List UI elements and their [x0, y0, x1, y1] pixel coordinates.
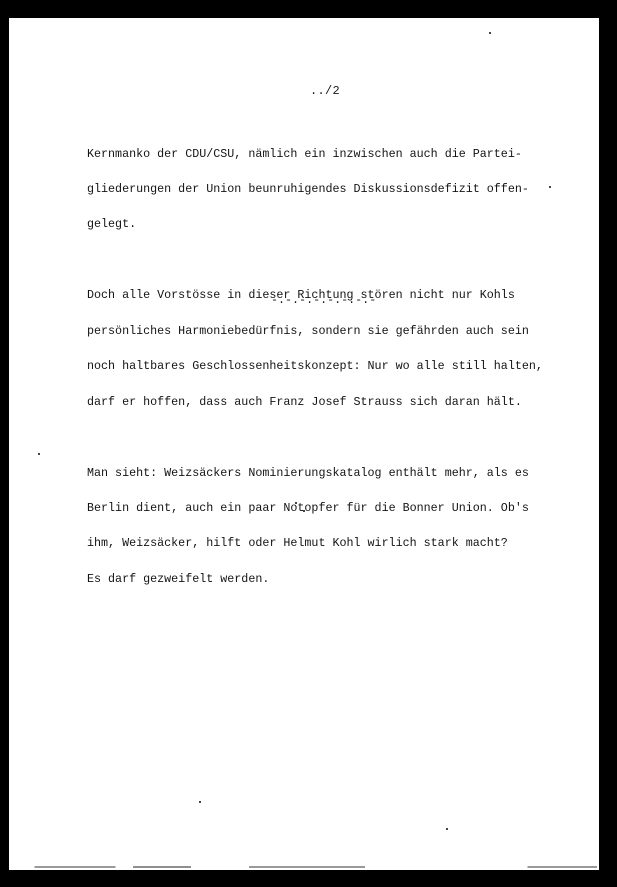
text-line: Man sieht: Weizsäckers Nominierungskatal… — [87, 468, 567, 480]
scanned-page: ../2 Kernmanko der CDU/CSU, nämlich ein … — [9, 18, 599, 870]
text-line: persönliches Harmoniebedürfnis, sondern … — [87, 326, 567, 338]
body-text: Kernmanko der CDU/CSU, nämlich ein inzwi… — [87, 125, 567, 621]
scan-speck — [489, 32, 491, 34]
text-line: noch haltbares Geschlossenheitskonzept: … — [87, 361, 567, 373]
scan-speck — [303, 510, 305, 512]
scan-speck — [199, 801, 201, 803]
scan-speck — [295, 502, 297, 504]
paragraph-2: Doch alle Vorstösse in dieser Richtung s… — [87, 267, 567, 432]
text-line: Berlin dient, auch ein paar Notopfer für… — [87, 503, 567, 515]
text-line: Es darf gezweifelt werden. — [87, 574, 567, 586]
text-line: darf er hoffen, dass auch Franz Josef St… — [87, 397, 567, 409]
scan-speck — [446, 828, 448, 830]
text-line: gliederungen der Union beunruhigendes Di… — [87, 184, 567, 196]
paragraph-3: Man sieht: Weizsäckers Nominierungskatal… — [87, 444, 567, 609]
scan-edge-line — [17, 866, 597, 868]
text-line: Kernmanko der CDU/CSU, nämlich ein inzwi… — [87, 149, 567, 161]
page-number: ../2 — [310, 84, 340, 98]
text-line: gelegt. — [87, 219, 567, 231]
paragraph-1: Kernmanko der CDU/CSU, nämlich ein inzwi… — [87, 125, 567, 255]
scan-speck — [38, 453, 40, 455]
end-mark-divider: -.-.-.-.-.-.-.- — [271, 293, 376, 307]
text-line: ihm, Weizsäcker, hilft oder Helmut Kohl … — [87, 538, 567, 550]
scan-speck — [549, 186, 551, 188]
